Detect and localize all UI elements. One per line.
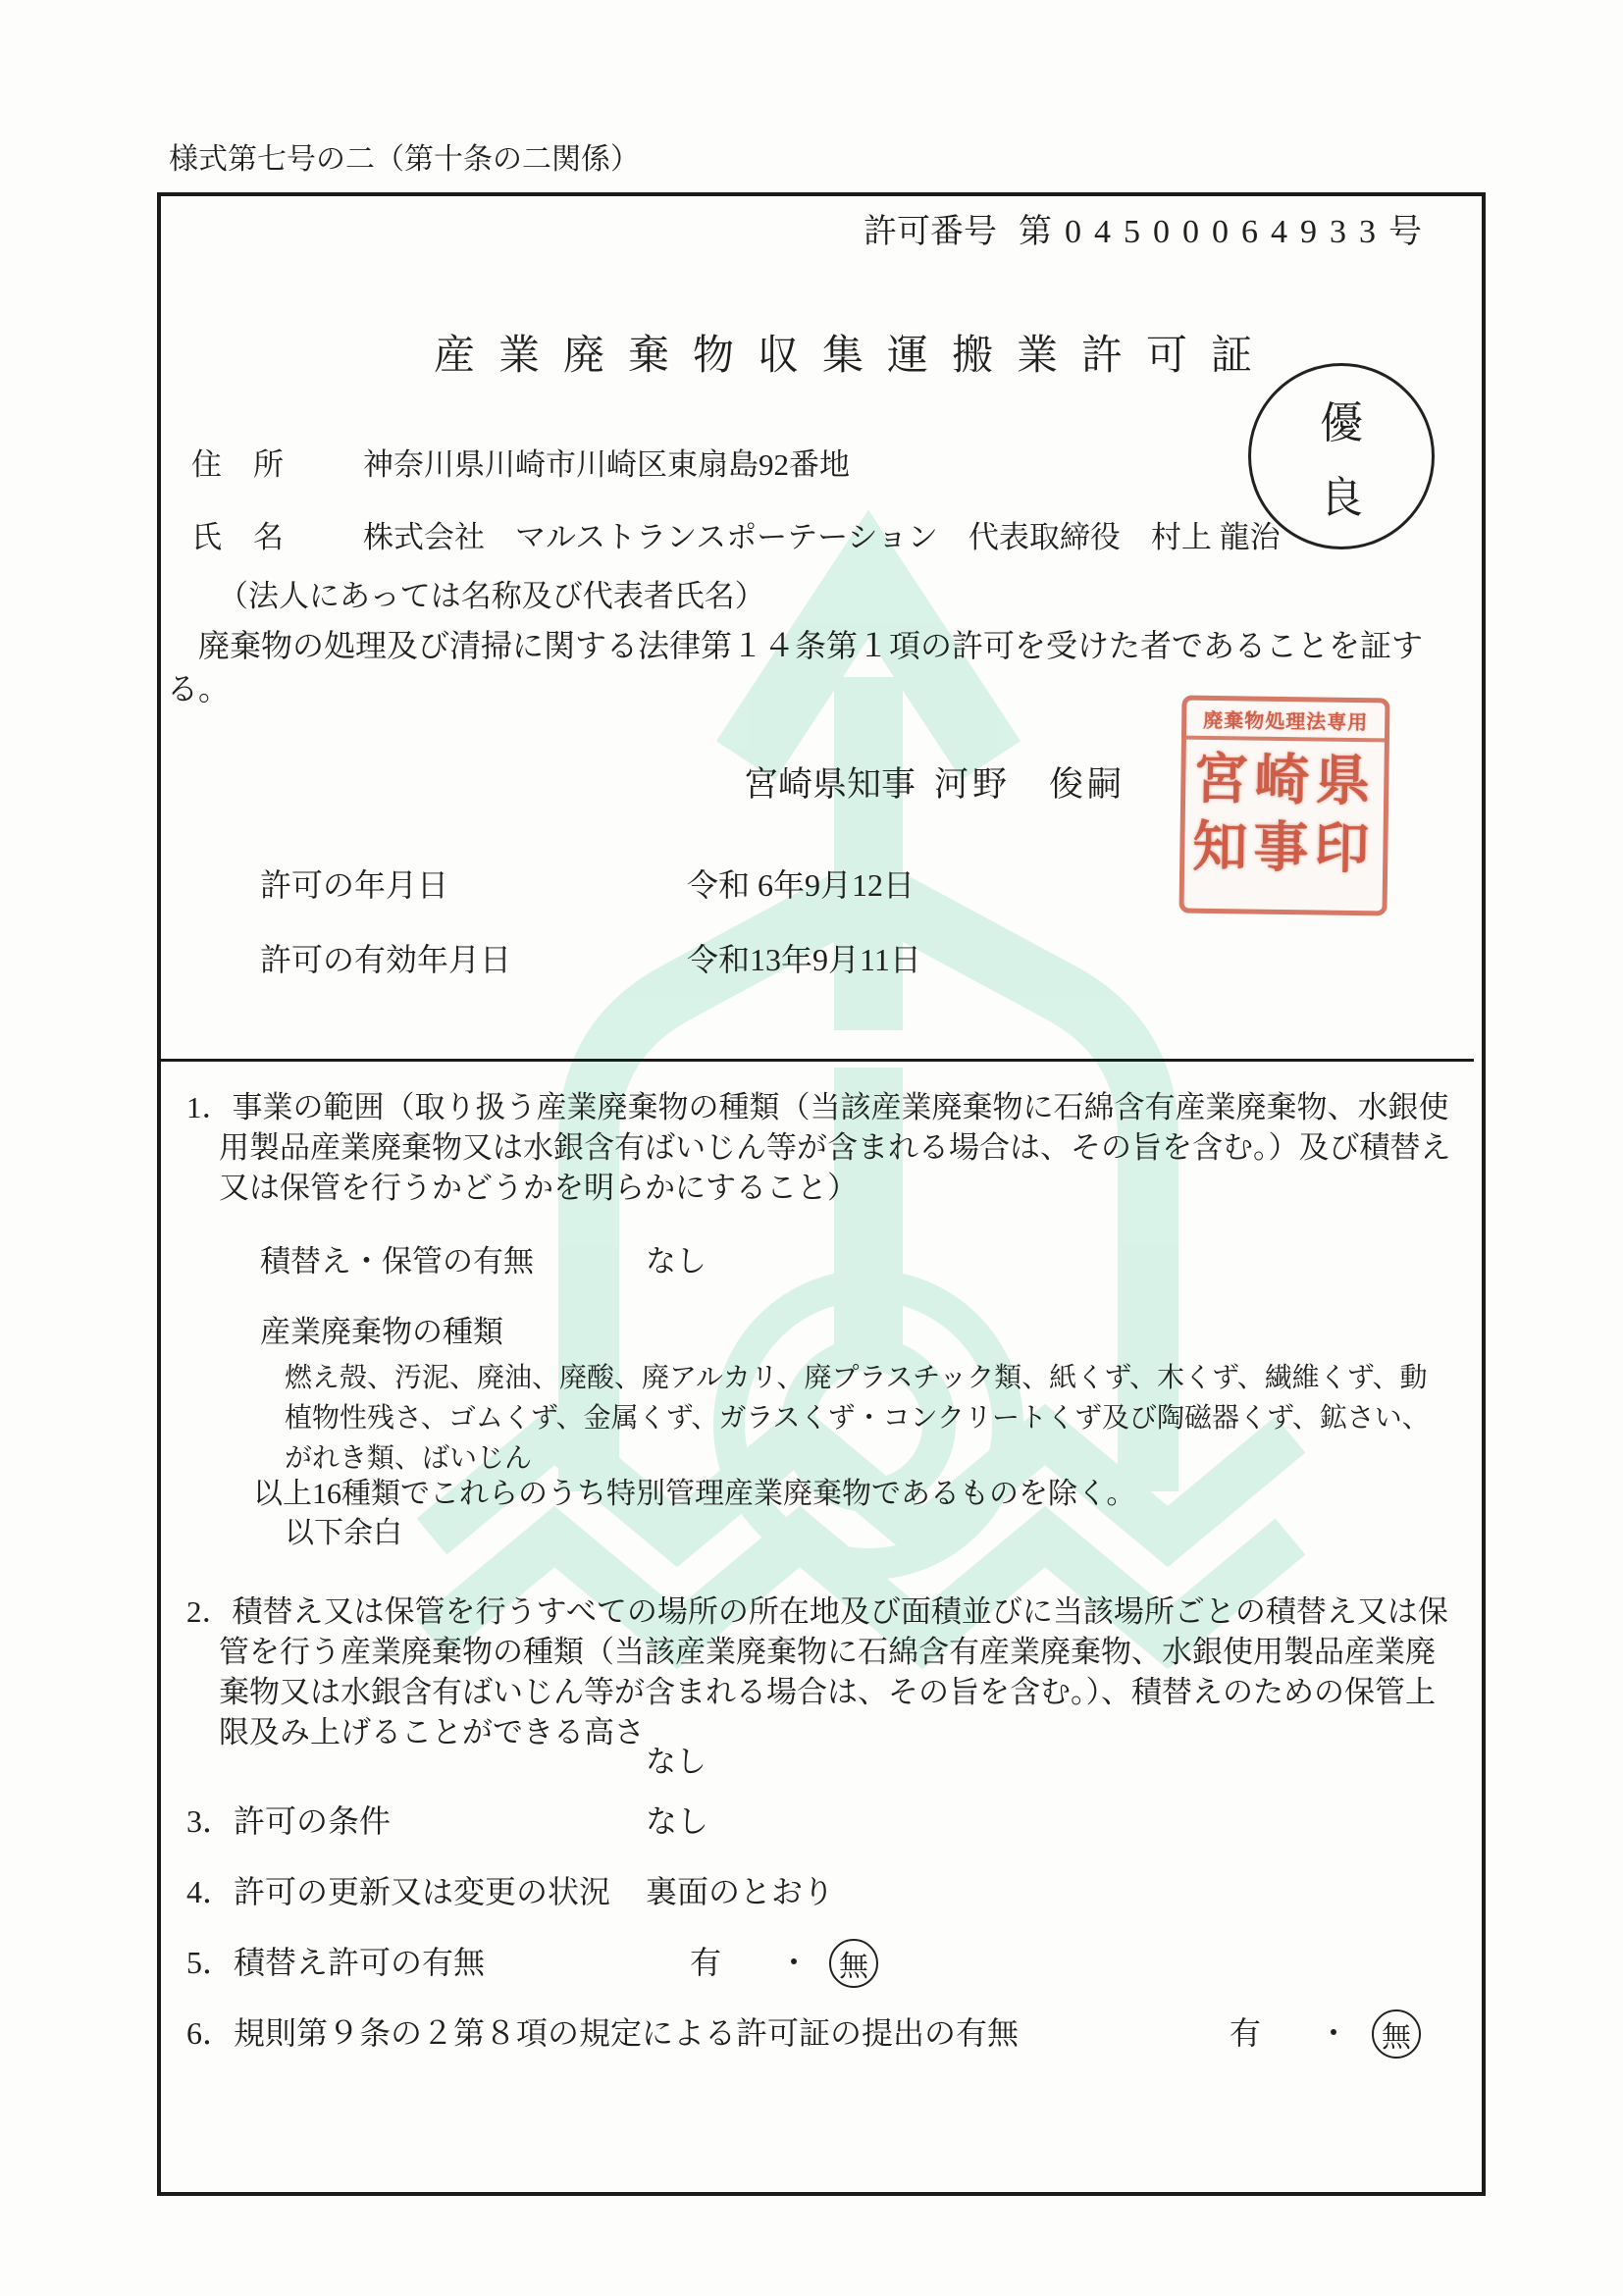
governor-official-seal: 廃棄物処理法専用 宮崎県 知事印 <box>1178 696 1389 916</box>
item1-business-scope: 1．事業の範囲（取り扱う産業廃棄物の種類（当該産業廃棄物に石綿含有産業廃棄物、水… <box>186 1087 1457 1208</box>
seal-header-text: 廃棄物処理法専用 <box>1186 701 1386 743</box>
seal-row-2: 知事印 <box>1192 820 1376 878</box>
item5-no-char: 無 <box>839 1942 868 1985</box>
permit-document-page: 様式第七号の二（第十条の二関係） 許可番号第04500064933号 産業廃棄物… <box>0 0 1623 2296</box>
excellent-rating-badge: 優 良 <box>1248 363 1435 549</box>
waste-types-list: 燃え殻、汚泥、廃油、廃酸、廃アルカリ、廃プラスチック類、紙くず、木くず、繊維くず… <box>285 1358 1447 1479</box>
seal-row-1: 宮崎県 <box>1193 753 1377 810</box>
form-style-label: 様式第七号の二（第十条の二関係） <box>169 145 640 175</box>
item2-storage-locations: 2．積替え又は保管を行うすべての場所の所在地及び面積並びに当該場所ごとの積替え又… <box>186 1592 1457 1752</box>
item6-no-option-circled: 無 <box>1372 2009 1421 2059</box>
item6-no-char: 無 <box>1382 2012 1411 2056</box>
excellent-char-top: 優 <box>1320 388 1363 450</box>
item5-no-option-circled: 無 <box>829 1939 878 1988</box>
excellent-char-bottom: 良 <box>1320 462 1363 525</box>
section-divider <box>161 1059 1474 1062</box>
